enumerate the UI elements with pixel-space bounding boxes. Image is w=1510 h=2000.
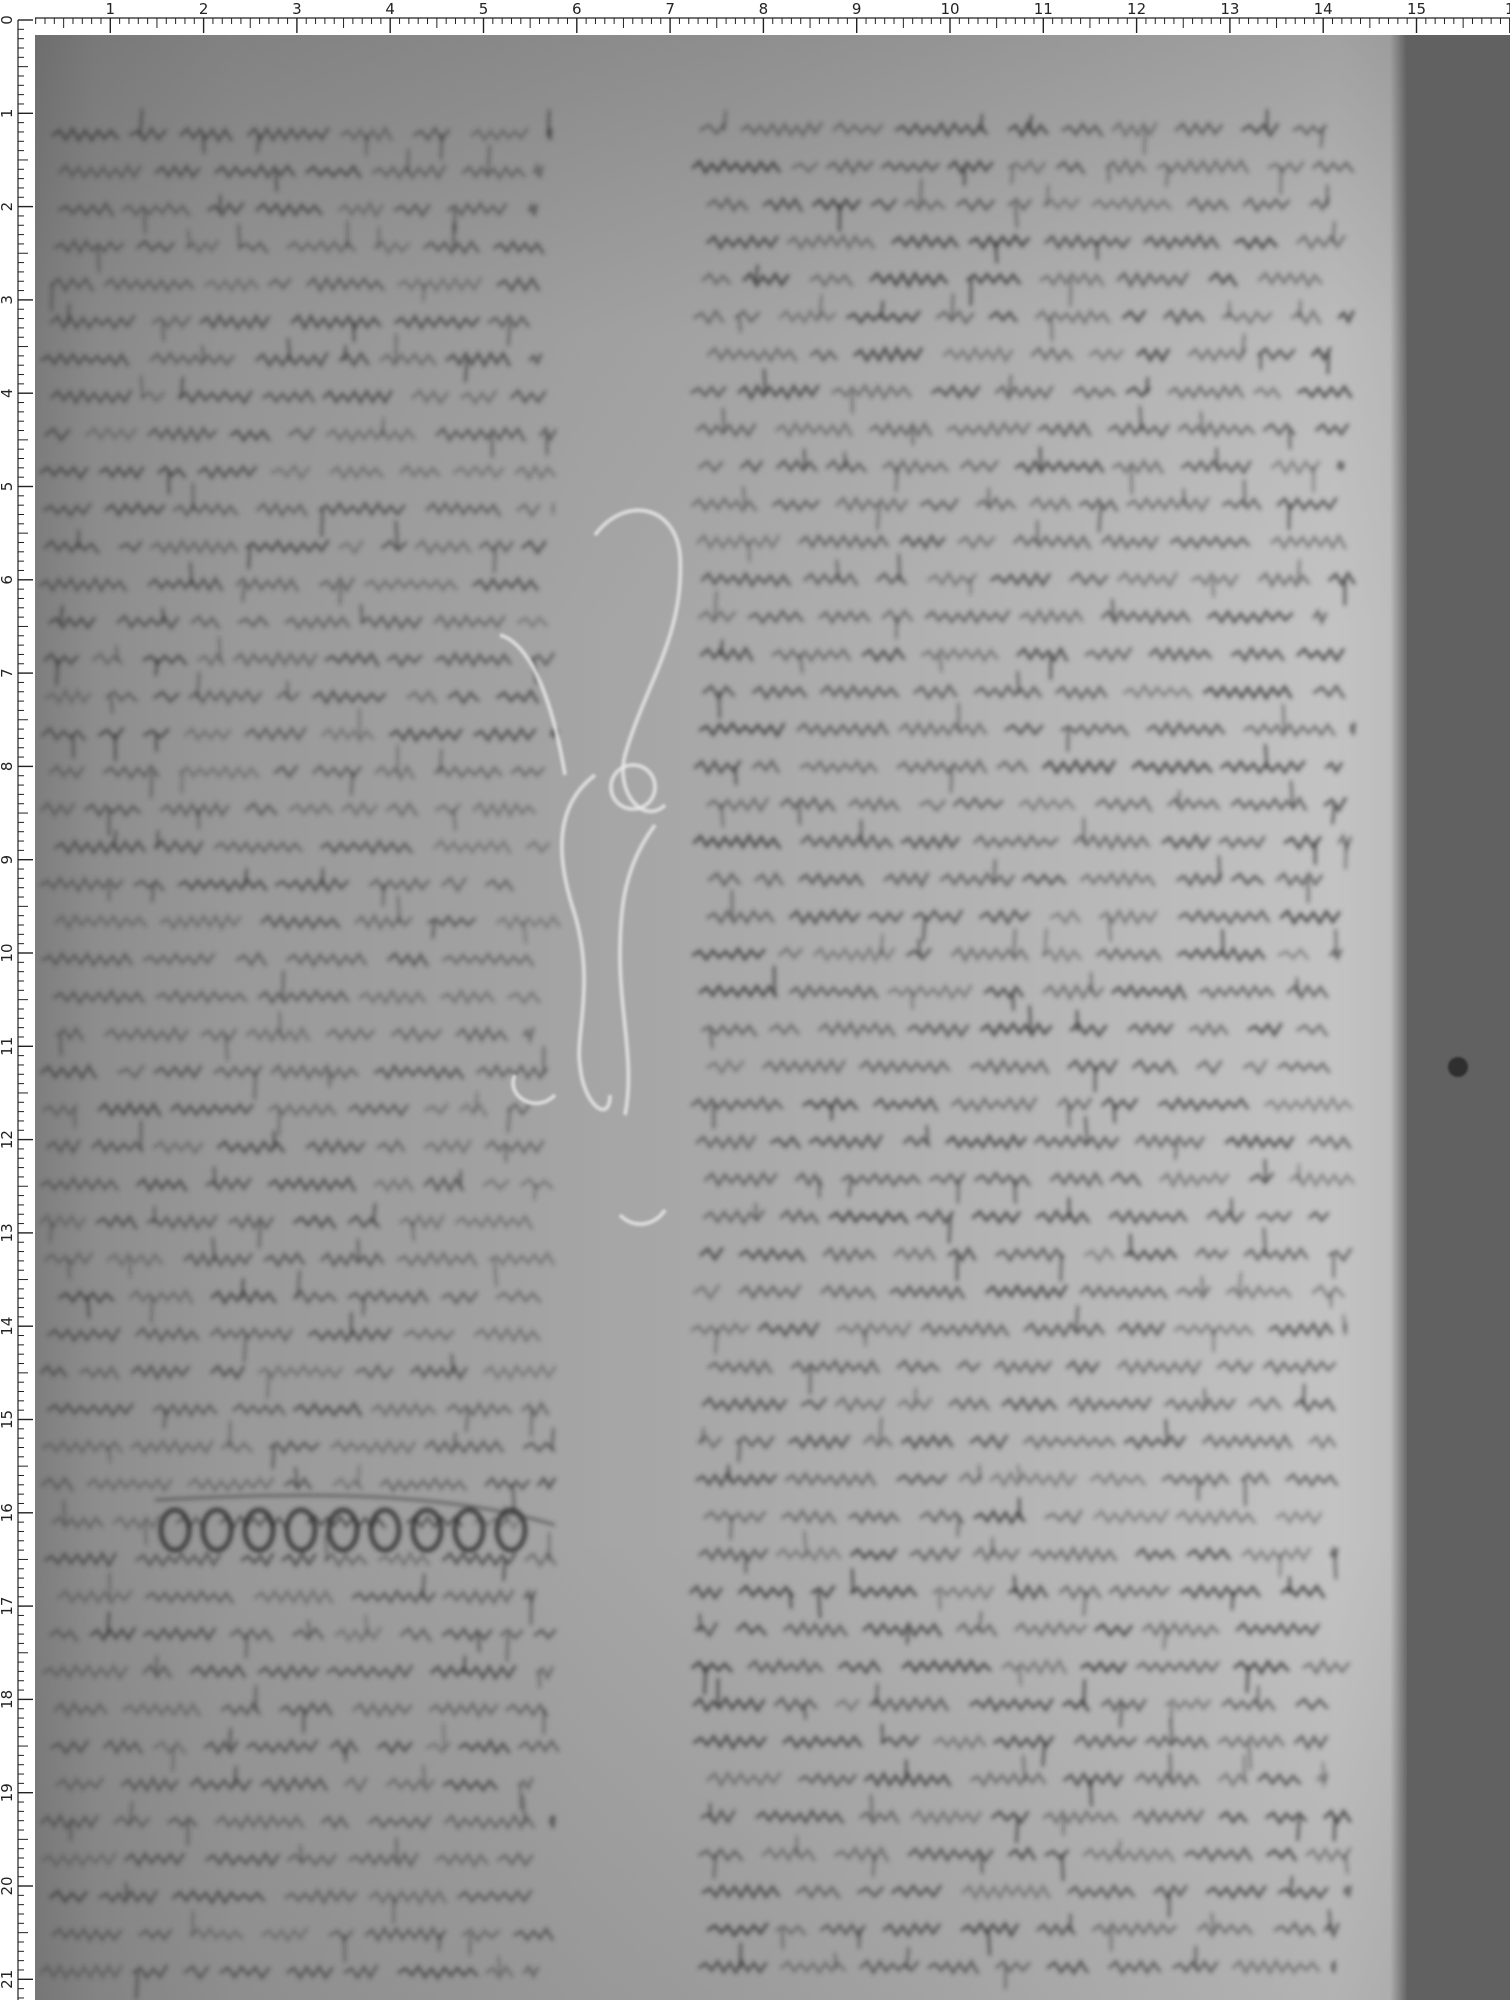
ruler-left-label: 19 (0, 1783, 16, 1802)
ruler-top-label: 2 (199, 0, 209, 18)
handwriting-layer (35, 35, 1407, 2000)
ruler-top: 01234567891011121314151 (0, 0, 1510, 35)
ruler-left-label: 8 (0, 762, 16, 772)
ruler-left-label: 14 (0, 1317, 16, 1336)
ruler-top-label: 7 (665, 0, 675, 18)
ruler-top-label: 8 (759, 0, 769, 18)
ruler-top-label: 9 (852, 0, 862, 18)
ruler-top-label: 6 (572, 0, 582, 18)
ruler-top-label: 5 (479, 0, 489, 18)
ruler-top-label: 1 (1505, 0, 1510, 18)
ruler-left-label: 4 (0, 388, 16, 398)
hole-marker (1448, 1057, 1468, 1077)
ruler-left-label: 12 (0, 1130, 16, 1149)
ruler-left-label: 20 (0, 1876, 16, 1895)
ruler-left-label: 3 (0, 295, 16, 305)
ruler-top-label: 15 (1407, 0, 1426, 18)
ruler-top-label: 11 (1034, 0, 1053, 18)
manuscript-scan (35, 35, 1510, 2000)
ruler-left-label: 5 (0, 482, 16, 492)
ruler-left-label: 17 (0, 1597, 16, 1616)
ruler-left-label: 1 (0, 109, 16, 119)
ruler-left-label: 18 (0, 1690, 16, 1709)
ruler-left-label: 15 (0, 1410, 16, 1429)
ruler-left-label: 7 (0, 668, 16, 678)
ruler-left-label: 11 (0, 1037, 16, 1056)
ruler-top-label: 12 (1127, 0, 1146, 18)
ruler-top-label: 14 (1314, 0, 1333, 18)
ruler-left-label: 0 (0, 15, 16, 25)
ruler-left-label: 13 (0, 1223, 16, 1242)
ruler-left: 0123456789101112131415161718192021 (0, 0, 35, 2000)
ruler-left-label: 6 (0, 575, 16, 585)
background-strip (1407, 35, 1510, 2000)
ruler-left-label: 10 (0, 943, 16, 962)
ruler-top-label: 4 (385, 0, 395, 18)
ruler-top-label: 10 (940, 0, 959, 18)
ruler-left-label: 16 (0, 1503, 16, 1522)
ruler-left-label: 21 (0, 1970, 16, 1989)
ruler-top-label: 1 (106, 0, 116, 18)
ruler-left-label: 9 (0, 855, 16, 865)
ruler-top-label: 3 (292, 0, 302, 18)
ruler-top-label: 13 (1220, 0, 1239, 18)
ruler-left-label: 2 (0, 202, 16, 212)
